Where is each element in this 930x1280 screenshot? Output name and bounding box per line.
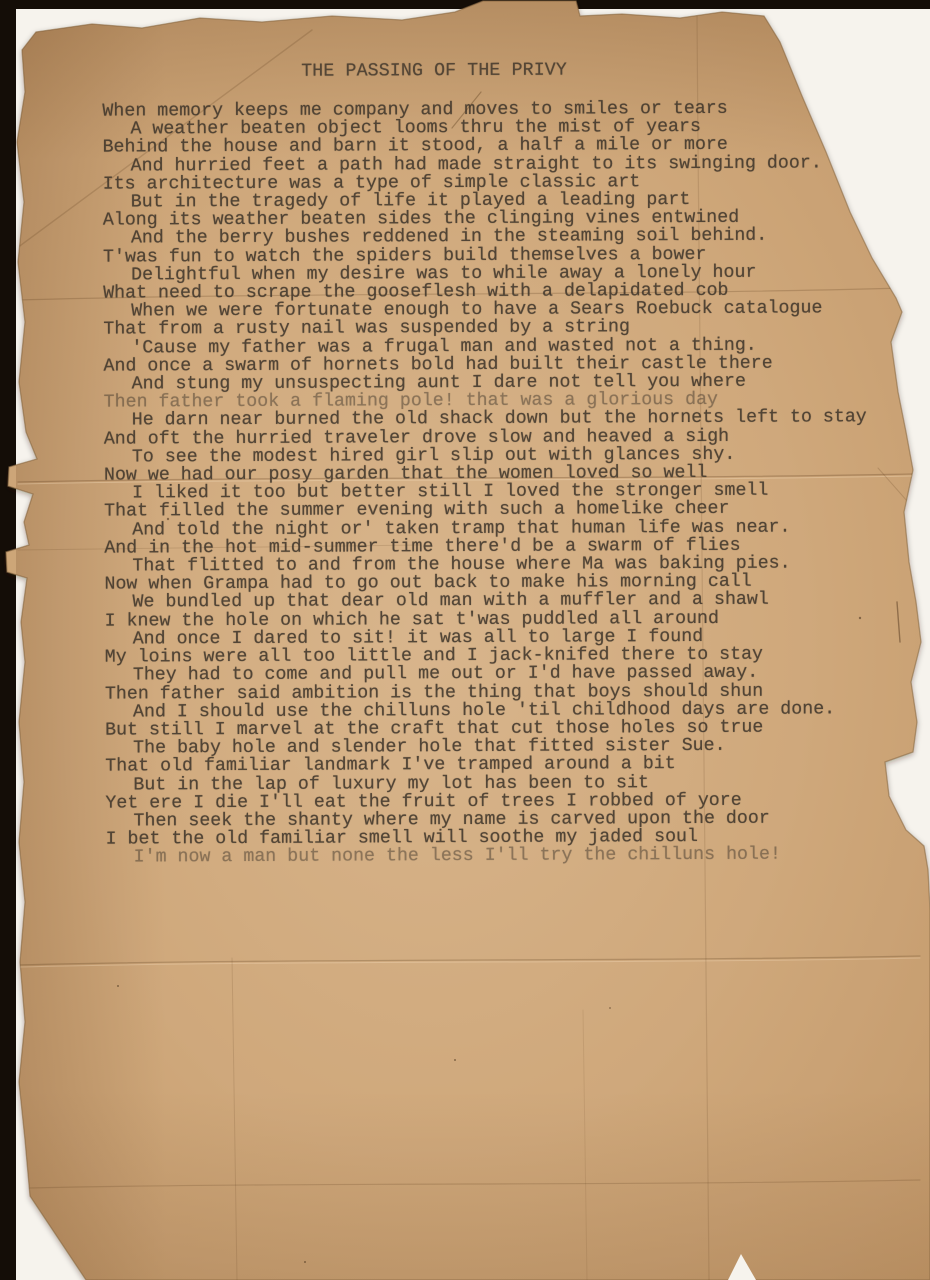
poem-line: I'm now a man but none the less I'll try… bbox=[106, 846, 869, 868]
poem-title: THE PASSING OF THE PRIVY bbox=[301, 62, 567, 81]
poem-lines: When memory keeps me company and moves t… bbox=[102, 99, 868, 867]
typewritten-text: THE PASSING OF THE PRIVY When memory kee… bbox=[0, 0, 930, 1280]
scanned-document: THE PASSING OF THE PRIVY When memory kee… bbox=[0, 0, 930, 1280]
